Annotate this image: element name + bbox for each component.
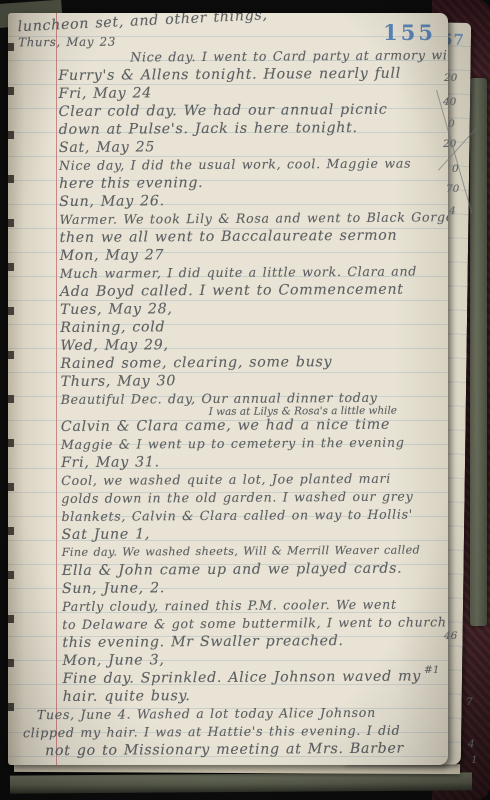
diary-line: Furry's & Allens tonight. House nearly f… (58, 64, 444, 85)
book-bottom-edge (10, 772, 472, 793)
diary-line: Ada Boyd called. I went to Commencement (60, 280, 446, 301)
diary-line: Nice day, I did the usual work, cool. Ma… (59, 154, 445, 175)
diary-lines: luncheon set, and other things,Thurs, Ma… (58, 15, 448, 760)
photo-backdrop: 57 155 luncheon set, and other things,Th… (0, 0, 490, 800)
binding-stitches (8, 43, 14, 735)
diary-line: Maggie & I went up to cemetery in the ev… (61, 433, 447, 454)
margin-line (56, 13, 57, 765)
book-spine-edge (470, 78, 487, 626)
diary-line: to Delaware & got some buttermilk, I wen… (62, 613, 448, 634)
diary-page: 155 luncheon set, and other things,Thurs… (8, 13, 448, 765)
diary-line: blankets, Calvin & Clara called on way t… (61, 505, 447, 526)
diary-line: Fine day. Sprinkled. Alice Johnson waved… (63, 667, 448, 688)
diary-line: not go to Missionary meeting at Mrs. Bar… (45, 739, 448, 760)
diary-line: Ella & John came up and we played cards. (62, 559, 448, 580)
diary-line: Clear cold day. We had our annual picnic (59, 100, 445, 121)
diary-line: then we all went to Baccalaureate sermon (59, 226, 445, 247)
